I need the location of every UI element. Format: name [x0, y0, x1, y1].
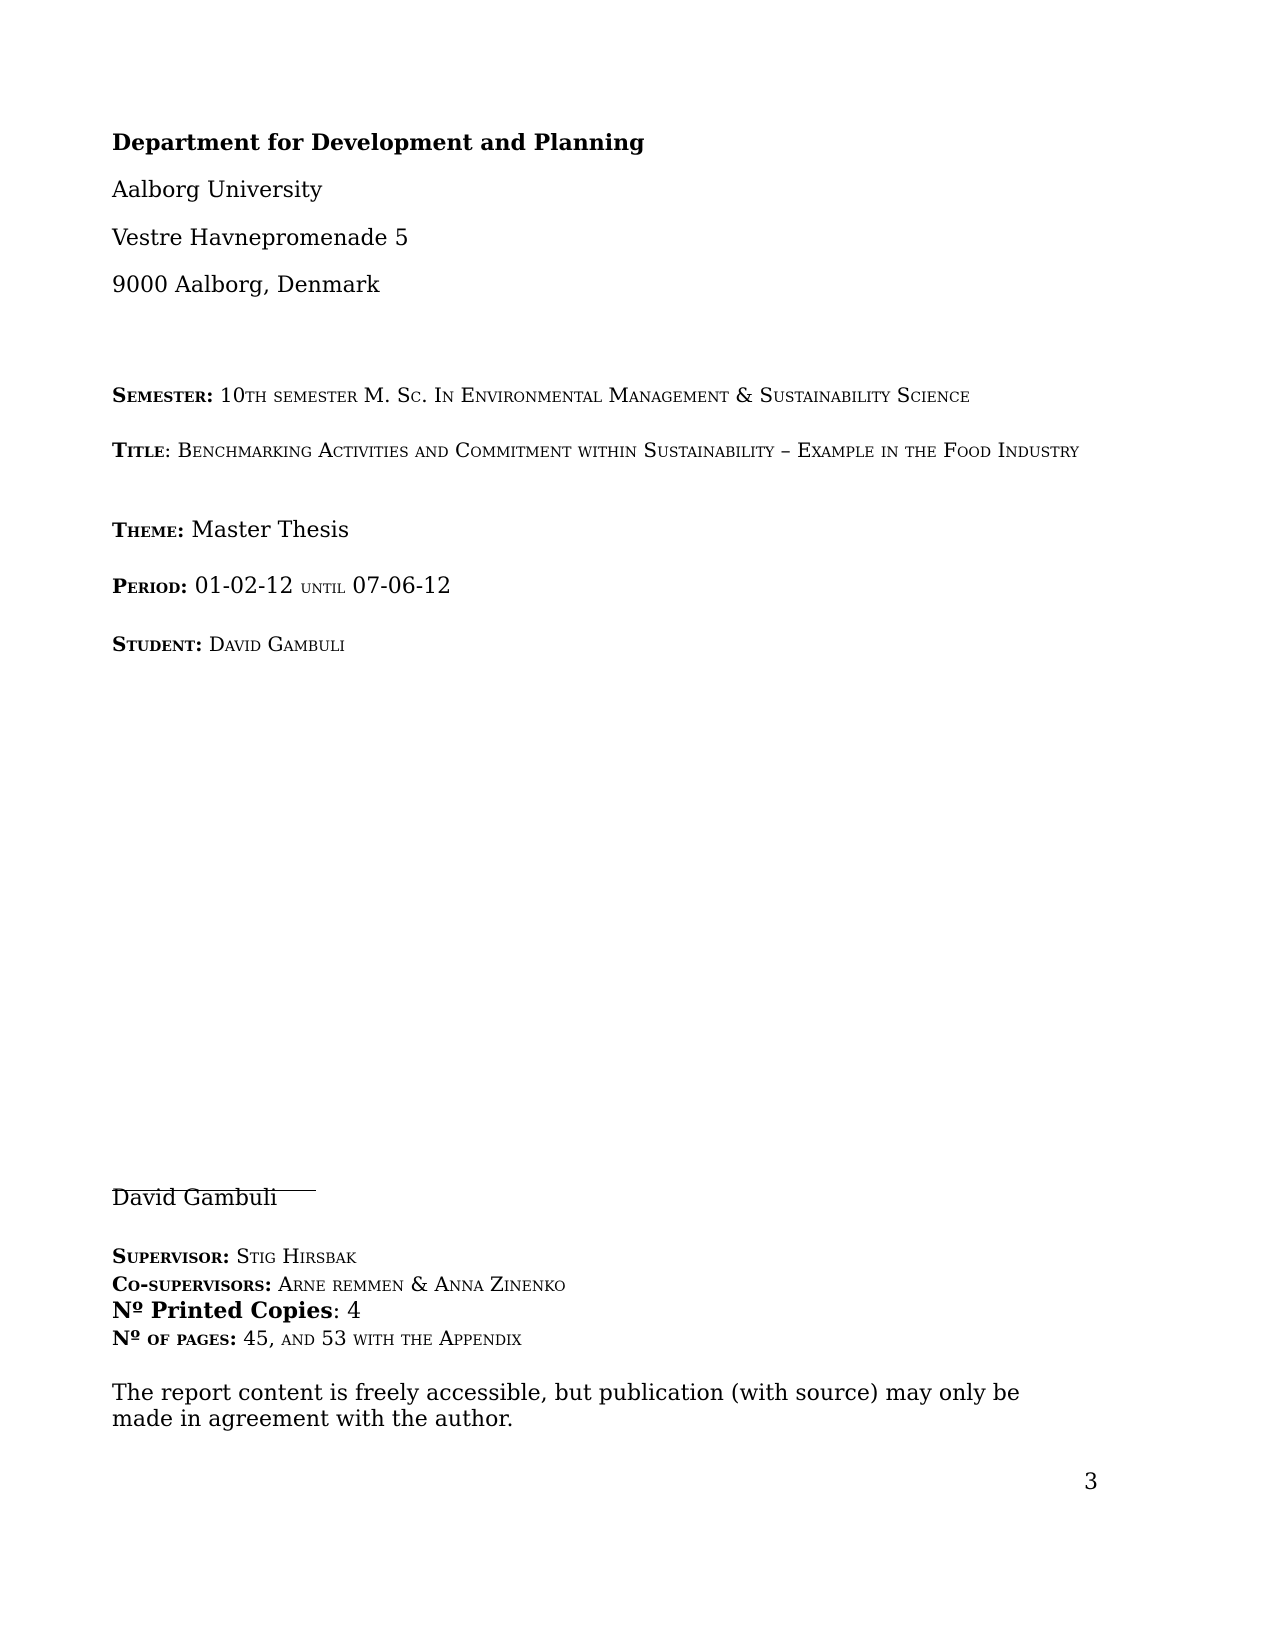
copies-value: 4 [347, 1299, 361, 1324]
title-label: Title [112, 438, 164, 462]
title-value: Benchmarking Activities and Commitment w… [177, 438, 1078, 462]
theme-field: Theme: Master Thesis [112, 518, 349, 544]
cosupervisors-field: Co-supervisors: Arne remmen & Anna Zinen… [112, 1272, 566, 1296]
city-address: 9000 Aalborg, Denmark [112, 273, 380, 299]
supervisor-label: Supervisor: [112, 1244, 230, 1268]
page-number: 3 [1084, 1470, 1098, 1495]
period-start: 01-02-12 [195, 574, 294, 599]
semester-value: 10th semester M. Sc. In Environmental Ma… [220, 383, 970, 407]
usage-notice: The report content is freely accessible,… [112, 1381, 1072, 1434]
period-label: Period: [112, 574, 188, 598]
supervisor-field: Supervisor: Stig Hirsbak [112, 1244, 356, 1268]
pages-field: Nº of pages: 45, and 53 with the Appendi… [112, 1326, 522, 1350]
period-end: 07-06-12 [352, 574, 451, 599]
theme-value: Master Thesis [191, 518, 349, 543]
period-field: Period: 01-02-12 until 07-06-12 [112, 574, 451, 600]
street-address: Vestre Havnepromenade 5 [112, 226, 409, 252]
university-name: Aalborg University [112, 178, 322, 204]
semester-label: Semester: [112, 383, 214, 407]
student-field: Student: David Gambuli [112, 632, 345, 656]
student-value: David Gambuli [209, 632, 345, 656]
semester-field: Semester: 10th semester M. Sc. In Enviro… [112, 383, 970, 407]
theme-label: Theme: [112, 518, 184, 542]
student-label: Student: [112, 632, 202, 656]
period-sep: until [300, 577, 345, 598]
signature-name: David Gambuli [112, 1186, 277, 1212]
department-heading: Department for Development and Planning [112, 130, 644, 156]
pages-value: 45, and 53 with the Appendix [243, 1326, 521, 1350]
cosupervisors-value: Arne remmen & Anna Zinenko [278, 1272, 565, 1296]
supervisor-value: Stig Hirsbak [236, 1244, 356, 1268]
pages-label: Nº of pages: [112, 1326, 237, 1350]
title-field: Title: Benchmarking Activities and Commi… [112, 438, 1112, 462]
cosupervisors-label: Co-supervisors: [112, 1272, 272, 1296]
copies-label: Nº Printed Copies [112, 1298, 333, 1324]
copies-field: Nº Printed Copies: 4 [112, 1298, 361, 1325]
